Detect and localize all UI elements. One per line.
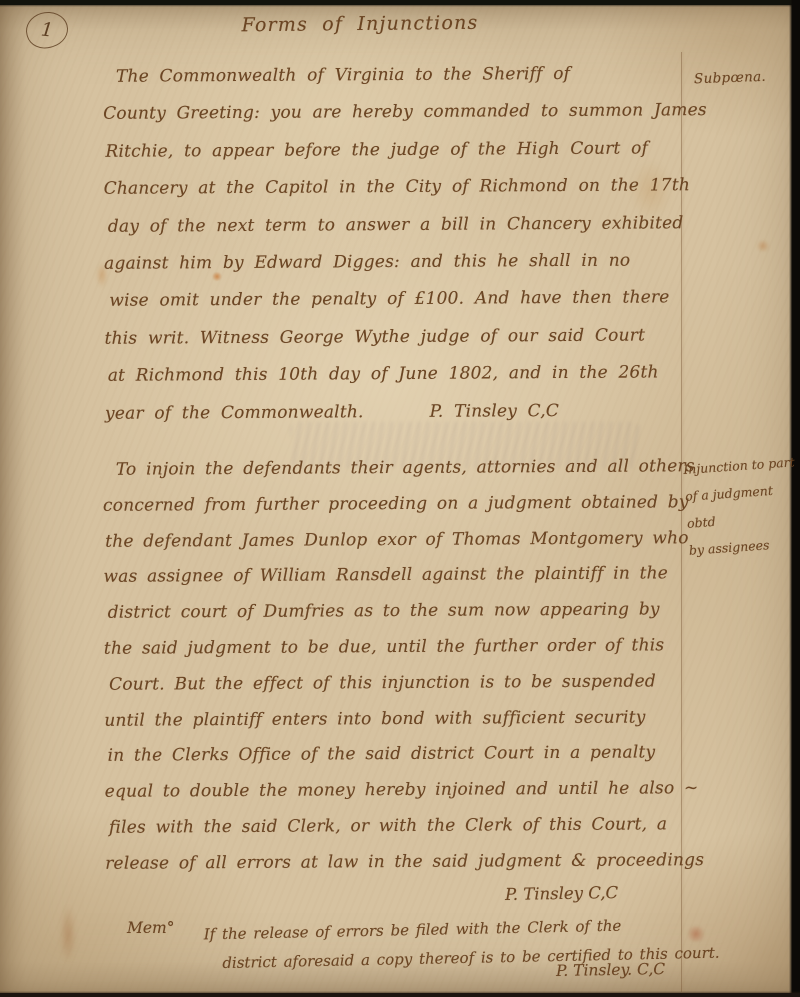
manuscript-line: this writ. Witness George Wythe judge of… xyxy=(104,317,686,358)
manuscript-line: day of the next term to answer a bill in… xyxy=(108,205,686,246)
manuscript-line: in the Clerks Office of the said distric… xyxy=(107,736,686,775)
manuscript-line: until the plaintiff enters into bond wit… xyxy=(104,700,686,739)
page-number: 1 xyxy=(40,18,54,41)
manuscript-line: Ritchie, to appear before the judge of t… xyxy=(105,130,685,171)
memo-label: Mem° xyxy=(127,919,175,937)
margin-note-line: of a judgment obtd xyxy=(684,475,799,537)
clerk-signature: P. Tinsley C,C xyxy=(430,393,560,431)
manuscript-line: district court of Dumfries as to the sum… xyxy=(108,592,686,631)
manuscript-line: Court. But the effect of this injunction… xyxy=(109,664,686,703)
subpoena-writ-paragraph: The Commonwealth of Virginia to the Sher… xyxy=(103,55,687,433)
manuscript-line: equal to double the money hereby injoine… xyxy=(105,771,687,810)
manuscript-line: against him by Edward Digges: and this h… xyxy=(104,242,686,283)
injunction-order-paragraph: To injoin the defendants their agents, a… xyxy=(103,449,688,882)
clerk-signature: P. Tinsley. C,C xyxy=(556,960,665,980)
margin-note-subpoena: Subpœna. xyxy=(694,69,767,88)
clerk-signature: P. Tinsley C,C xyxy=(505,883,618,904)
paper-stain xyxy=(756,240,770,252)
manuscript-line: was assignee of William Ransdell against… xyxy=(103,557,685,596)
manuscript-line: wise omit under the penalty of £100. And… xyxy=(109,280,686,321)
manuscript-page: 1 Forms of Injunctions Subpœna. The Comm… xyxy=(0,0,800,997)
manuscript-line: County Greeting: you are hereby commande… xyxy=(103,93,685,134)
page-number-oval: 1 xyxy=(22,7,72,53)
manuscript-line: the defendant James Dunlop exor of Thoma… xyxy=(105,521,685,560)
manuscript-line: The Commonwealth of Virginia to the Sher… xyxy=(116,55,685,96)
manuscript-line: Chancery at the Capitol in the City of R… xyxy=(104,167,686,208)
scan-edge-top xyxy=(0,0,800,7)
page-title: Forms of Injunctions xyxy=(80,10,640,38)
manuscript-line: release of all errors at law in the said… xyxy=(105,843,687,882)
scan-edge-bottom xyxy=(0,991,800,997)
manuscript-line: To injoin the defendants their agents, a… xyxy=(116,449,685,488)
manuscript-line: concerned from further proceeding on a j… xyxy=(103,485,685,524)
manuscript-line: year of the Commonwealth. P. Tinsley C,C xyxy=(105,392,687,433)
manuscript-line: at Richmond this 10th day of June 1802, … xyxy=(108,354,687,395)
margin-note-injunction: Injunction to part of a judgment obtd by… xyxy=(682,448,800,564)
manuscript-line: the said judgment to be due, until the f… xyxy=(104,628,686,667)
manuscript-line: files with the said Clerk, or with the C… xyxy=(109,807,687,846)
manuscript-line-text: year of the Commonwealth. xyxy=(105,394,364,433)
paper-stain xyxy=(60,905,76,963)
